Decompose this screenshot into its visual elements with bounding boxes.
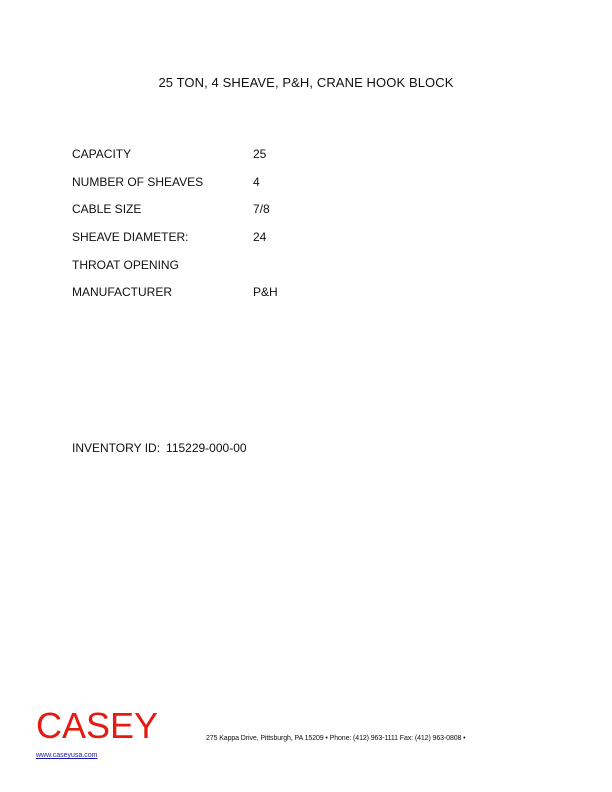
spec-value: 4 xyxy=(253,175,260,189)
website-link[interactable]: www.caseyusa.com xyxy=(36,752,97,759)
spec-value: 7/8 xyxy=(253,202,270,216)
inventory-id: INVENTORY ID:115229-000-00 xyxy=(72,441,247,455)
document-title: 25 TON, 4 SHEAVE, P&H, CRANE HOOK BLOCK xyxy=(0,75,612,90)
spec-value: P&H xyxy=(253,285,278,299)
spec-value: 24 xyxy=(253,230,266,244)
spec-value: 25 xyxy=(253,147,266,161)
casey-logo: CASEY xyxy=(36,708,158,744)
company-address: 275 Kappa Drive, Pittsburgh, PA 15209 • … xyxy=(206,735,466,742)
spec-label: CAPACITY xyxy=(72,147,131,161)
inventory-value: 115229-000-00 xyxy=(166,441,247,455)
spec-label: SHEAVE DIAMETER: xyxy=(72,230,188,244)
inventory-label: INVENTORY ID: xyxy=(72,441,160,455)
spec-label: NUMBER OF SHEAVES xyxy=(72,175,203,189)
spec-label: MANUFACTURER xyxy=(72,285,172,299)
spec-label: THROAT OPENING xyxy=(72,258,179,272)
spec-label: CABLE SIZE xyxy=(72,202,141,216)
